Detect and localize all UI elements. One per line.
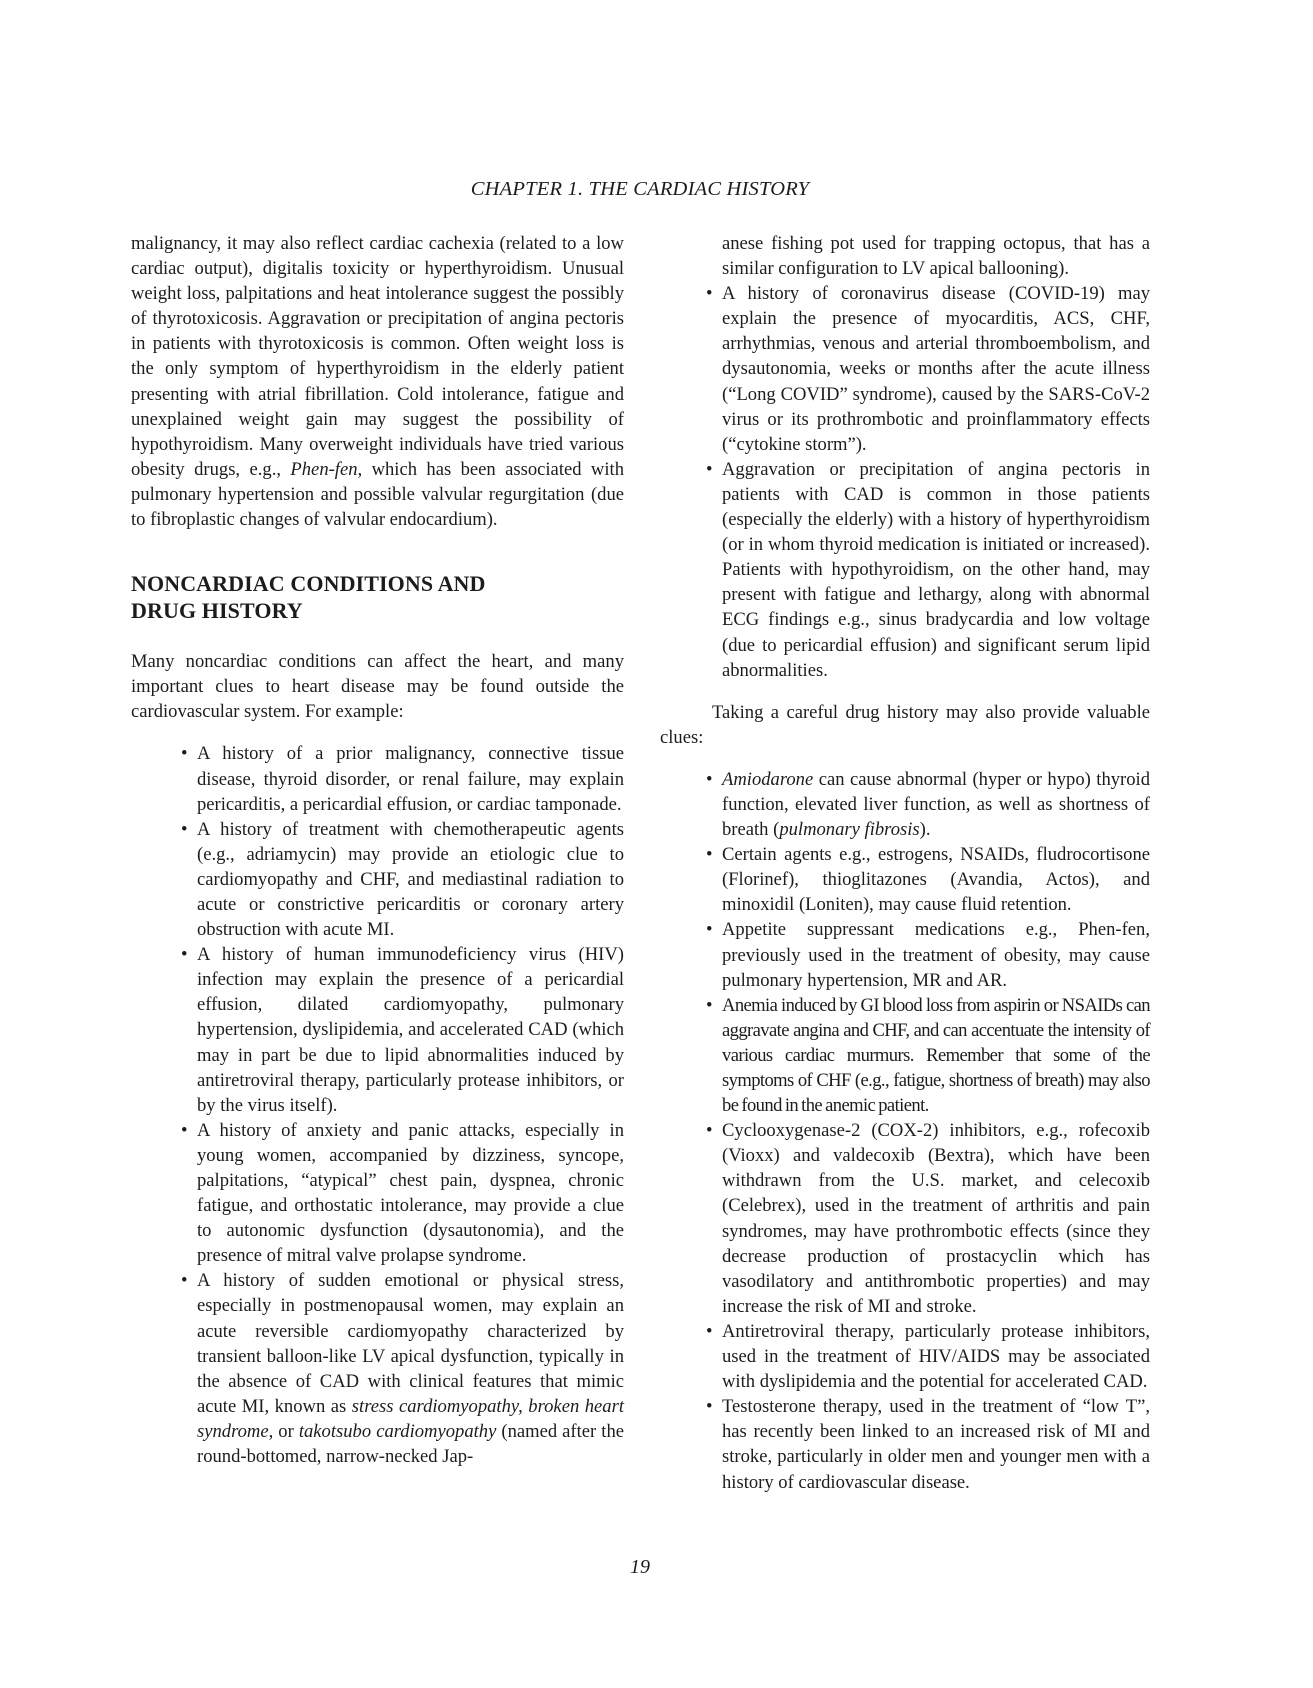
italic-term: takotsubo cardiomyopathy (299, 1421, 497, 1442)
noncardiac-conditions-list: •A history of a prior malignancy, connec… (197, 741, 624, 1469)
bullet-icon: • (706, 917, 713, 942)
intro-paragraph: malignancy, it may also reflect cardiac … (131, 231, 624, 532)
list-item: •A history of sudden emotional or physic… (197, 1268, 624, 1469)
list-item-text: A history of human immunodeficiency viru… (197, 944, 624, 1116)
list-item: •Testosterone therapy, used in the treat… (722, 1394, 1150, 1494)
list-item-text: Cyclooxygenase-2 (COX-2) inhibitors, e.g… (722, 1120, 1150, 1317)
list-item: •Amiodarone can cause abnormal (hyper or… (722, 767, 1150, 842)
bullet-icon: • (706, 842, 713, 867)
page-number: 19 (0, 1556, 1280, 1579)
bullet-icon: • (706, 767, 713, 792)
list-item-text: A history of anxiety and panic attacks, … (197, 1120, 624, 1266)
list-item-text: A history of a prior malignancy, connect… (197, 743, 624, 814)
list-item: •Antiretroviral therapy, particularly pr… (722, 1319, 1150, 1394)
list-item-text: Certain agents e.g., estrogens, NSAIDs, … (722, 844, 1150, 915)
list-item-text: Anemia induced by GI blood loss from asp… (722, 995, 1150, 1116)
list-item-text: Antiretroviral therapy, particularly pro… (722, 1321, 1150, 1392)
section-intro: Many noncardiac conditions can affect th… (131, 649, 624, 724)
list-item: •A history of treatment with chemotherap… (197, 817, 624, 942)
list-item-text: Testosterone therapy, used in the treatm… (722, 1396, 1150, 1492)
list-item: •A history of anxiety and panic attacks,… (197, 1118, 624, 1269)
running-head: CHAPTER 1. THE CARDIAC HISTORY (0, 178, 1280, 201)
section-heading-line1: NONCARDIAC CONDITIONS AND (131, 571, 486, 596)
bullet-icon: • (181, 817, 188, 842)
right-column: anese fishing pot used for trapping octo… (660, 231, 1150, 1495)
list-item: •A history of coronavirus disease (COVID… (722, 281, 1150, 457)
italic-term: Amiodarone (722, 769, 813, 790)
bullet-icon: • (181, 942, 188, 967)
italic-term: pulmonary fibrosis (779, 819, 919, 840)
intro-italic-term: Phen-fen, (290, 459, 362, 480)
bullet-icon: • (181, 741, 188, 766)
drug-history-intro: Taking a careful drug history may also p… (660, 700, 1150, 750)
bullet-icon: • (706, 457, 713, 482)
list-item: •A history of human immunodeficiency vir… (197, 942, 624, 1118)
bullet-icon: • (706, 1118, 713, 1143)
italic-term: stress cardiomyopathy, (352, 1396, 523, 1417)
list-item-text: A history of treatment with chemotherape… (197, 819, 624, 940)
list-item: •Certain agents e.g., estrogens, NSAIDs,… (722, 842, 1150, 917)
list-item: •A history of a prior malignancy, connec… (197, 741, 624, 816)
list-item-text: , or (269, 1421, 299, 1442)
list-item: •Aggravation or precipitation of angina … (722, 457, 1150, 683)
bullet-icon: • (706, 1319, 713, 1344)
bullet-icon: • (706, 281, 713, 306)
list-item-text: A history of coronavirus disease (COVID-… (722, 283, 1150, 455)
list-item: •Appetite suppressant medications e.g., … (722, 917, 1150, 992)
bullet-icon: • (181, 1118, 188, 1143)
intro-text: malignancy, it may also reflect cardiac … (131, 233, 624, 480)
bullet-icon: • (181, 1268, 188, 1293)
section-heading: NONCARDIAC CONDITIONS ANDDRUG HISTORY (131, 570, 624, 624)
bullet-icon: • (706, 1394, 713, 1419)
bullet-icon: • (706, 993, 712, 1018)
list-item: •Anemia induced by GI blood loss from as… (722, 993, 1150, 1118)
continued-text: anese fishing pot used for trapping octo… (660, 231, 1150, 281)
left-column: malignancy, it may also reflect cardiac … (131, 231, 624, 1469)
list-item-text: Appetite suppressant medications e.g., P… (722, 919, 1150, 990)
list-item-text: ). (920, 819, 931, 840)
list-item: •Cyclooxygenase-2 (COX-2) inhibitors, e.… (722, 1118, 1150, 1319)
section-heading-line2: DRUG HISTORY (131, 598, 303, 623)
list-item-text: Aggravation or precipitation of angina p… (722, 459, 1150, 681)
drug-history-list: •Amiodarone can cause abnormal (hyper or… (722, 767, 1150, 1495)
history-list: •A history of coronavirus disease (COVID… (722, 281, 1150, 683)
